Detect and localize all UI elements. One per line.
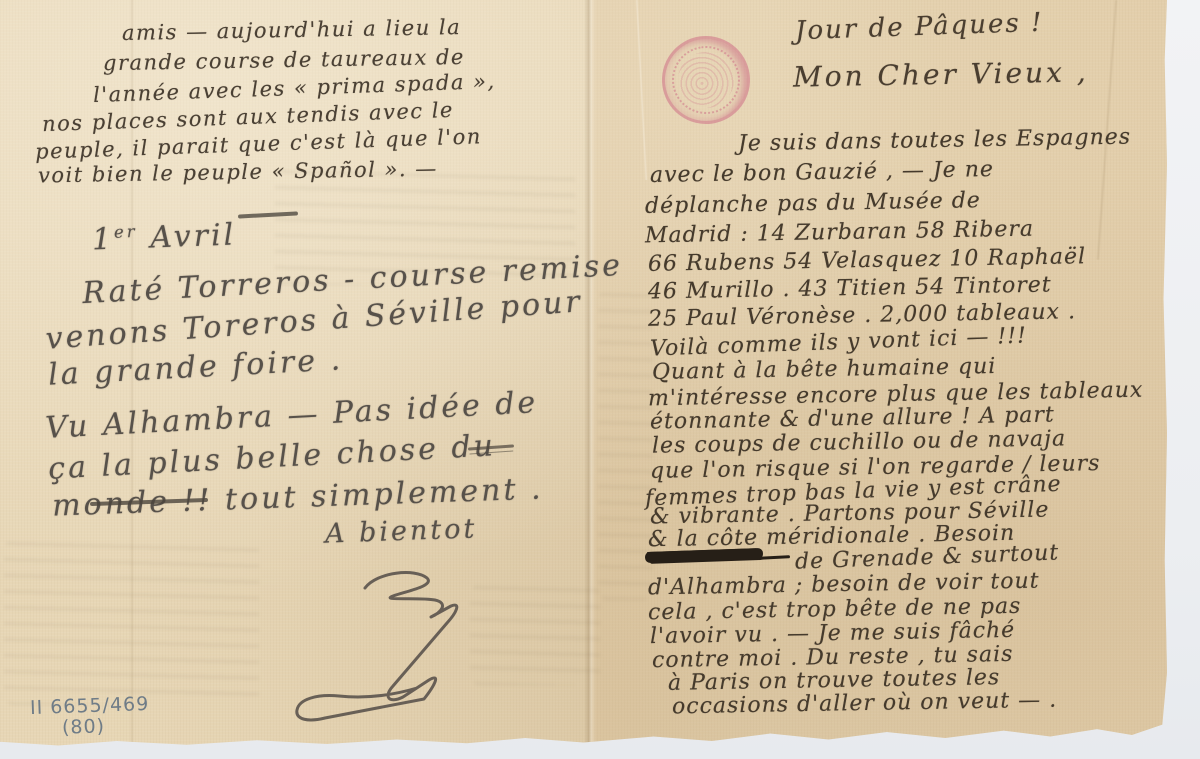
date-ordinal: er (114, 222, 138, 242)
catalog-number-secondary: (80) (62, 715, 106, 738)
closing-line: A bientot (325, 513, 478, 549)
show-through-smudge (4, 540, 259, 705)
handwritten-line: amis — aujourd'hui a lieu la (122, 15, 462, 45)
show-through-smudge (470, 585, 600, 685)
letter-sheet: amis — aujourd'hui a lieu la grande cour… (0, 0, 1167, 747)
date-month: Avril (137, 217, 237, 255)
date-number: 1 (91, 222, 114, 258)
date-heading: 1er Avril (91, 217, 236, 257)
handwritten-line: grande course de taureaux de (103, 45, 465, 75)
paraph-flourish-signature (265, 558, 485, 733)
salutation: Mon Cher Vieux , (793, 55, 1089, 93)
